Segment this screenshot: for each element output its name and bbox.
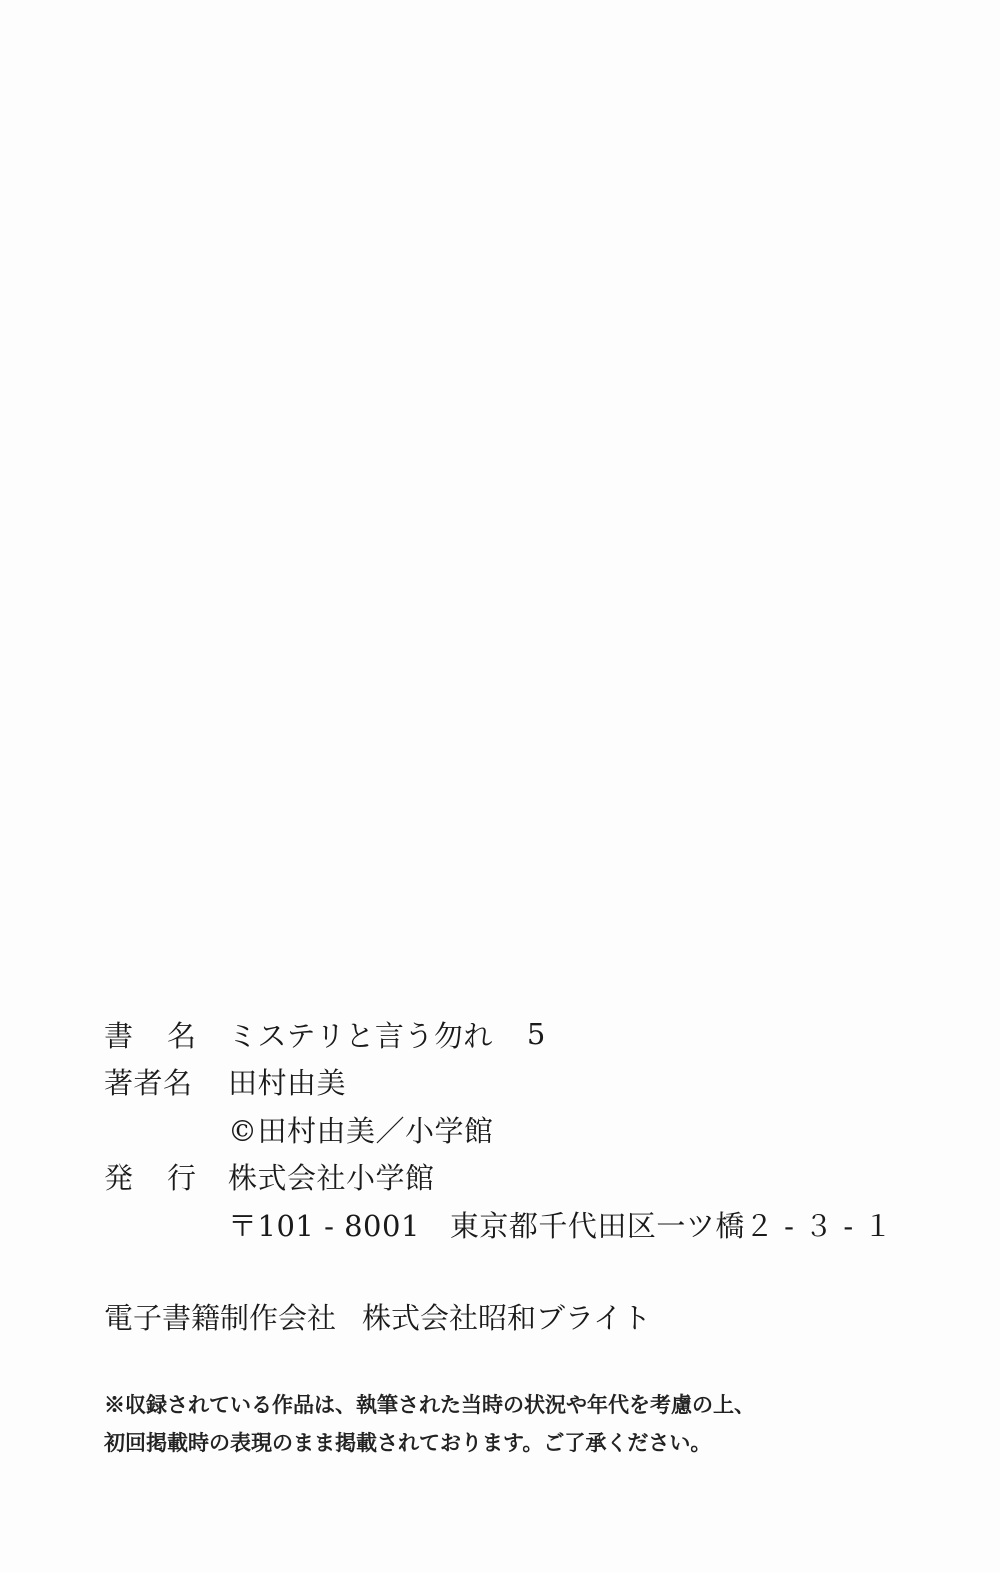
copyright-row: ©田村由美／小学館: [104, 1109, 494, 1149]
copyright-value: ©田村由美／小学館: [228, 1109, 494, 1150]
title-value: ミステリと言う勿れ: [228, 1014, 493, 1055]
content-notice: ※収録されている作品は、執筆された当時の状況や年代を考慮の上、 初回掲載時の表現…: [104, 1386, 755, 1462]
author-row: 著者名 田村由美: [104, 1061, 346, 1101]
postal-code: 〒101 - 8001: [228, 1204, 420, 1245]
address-row: 〒101 - 8001 東京都千代田区一ツ橋２ - ３ - １: [104, 1204, 893, 1244]
author-value: 田村由美: [228, 1061, 346, 1102]
notice-line-1: ※収録されている作品は、執筆された当時の状況や年代を考慮の上、: [104, 1386, 755, 1424]
title-row: 書名 ミステリと言う勿れ 5: [104, 1014, 546, 1054]
publisher-row: 発行 株式会社小学館: [104, 1156, 435, 1196]
notice-line-2: 初回掲載時の表現のまま掲載されております。ご了承ください。: [104, 1424, 755, 1462]
publisher-value: 株式会社小学館: [228, 1156, 435, 1197]
publisher-label: 発行: [104, 1156, 228, 1197]
author-label: 著者名: [104, 1061, 228, 1102]
ebook-producer-value: 株式会社昭和ブライト: [362, 1301, 651, 1335]
address-value: 東京都千代田区一ツ橋２ - ３ - １: [450, 1204, 893, 1245]
ebook-producer-row: 電子書籍制作会社株式会社昭和ブライト: [104, 1296, 651, 1337]
title-label: 書名: [104, 1014, 228, 1055]
ebook-producer-label: 電子書籍制作会社: [104, 1301, 336, 1335]
volume-number: 5: [527, 1017, 546, 1051]
